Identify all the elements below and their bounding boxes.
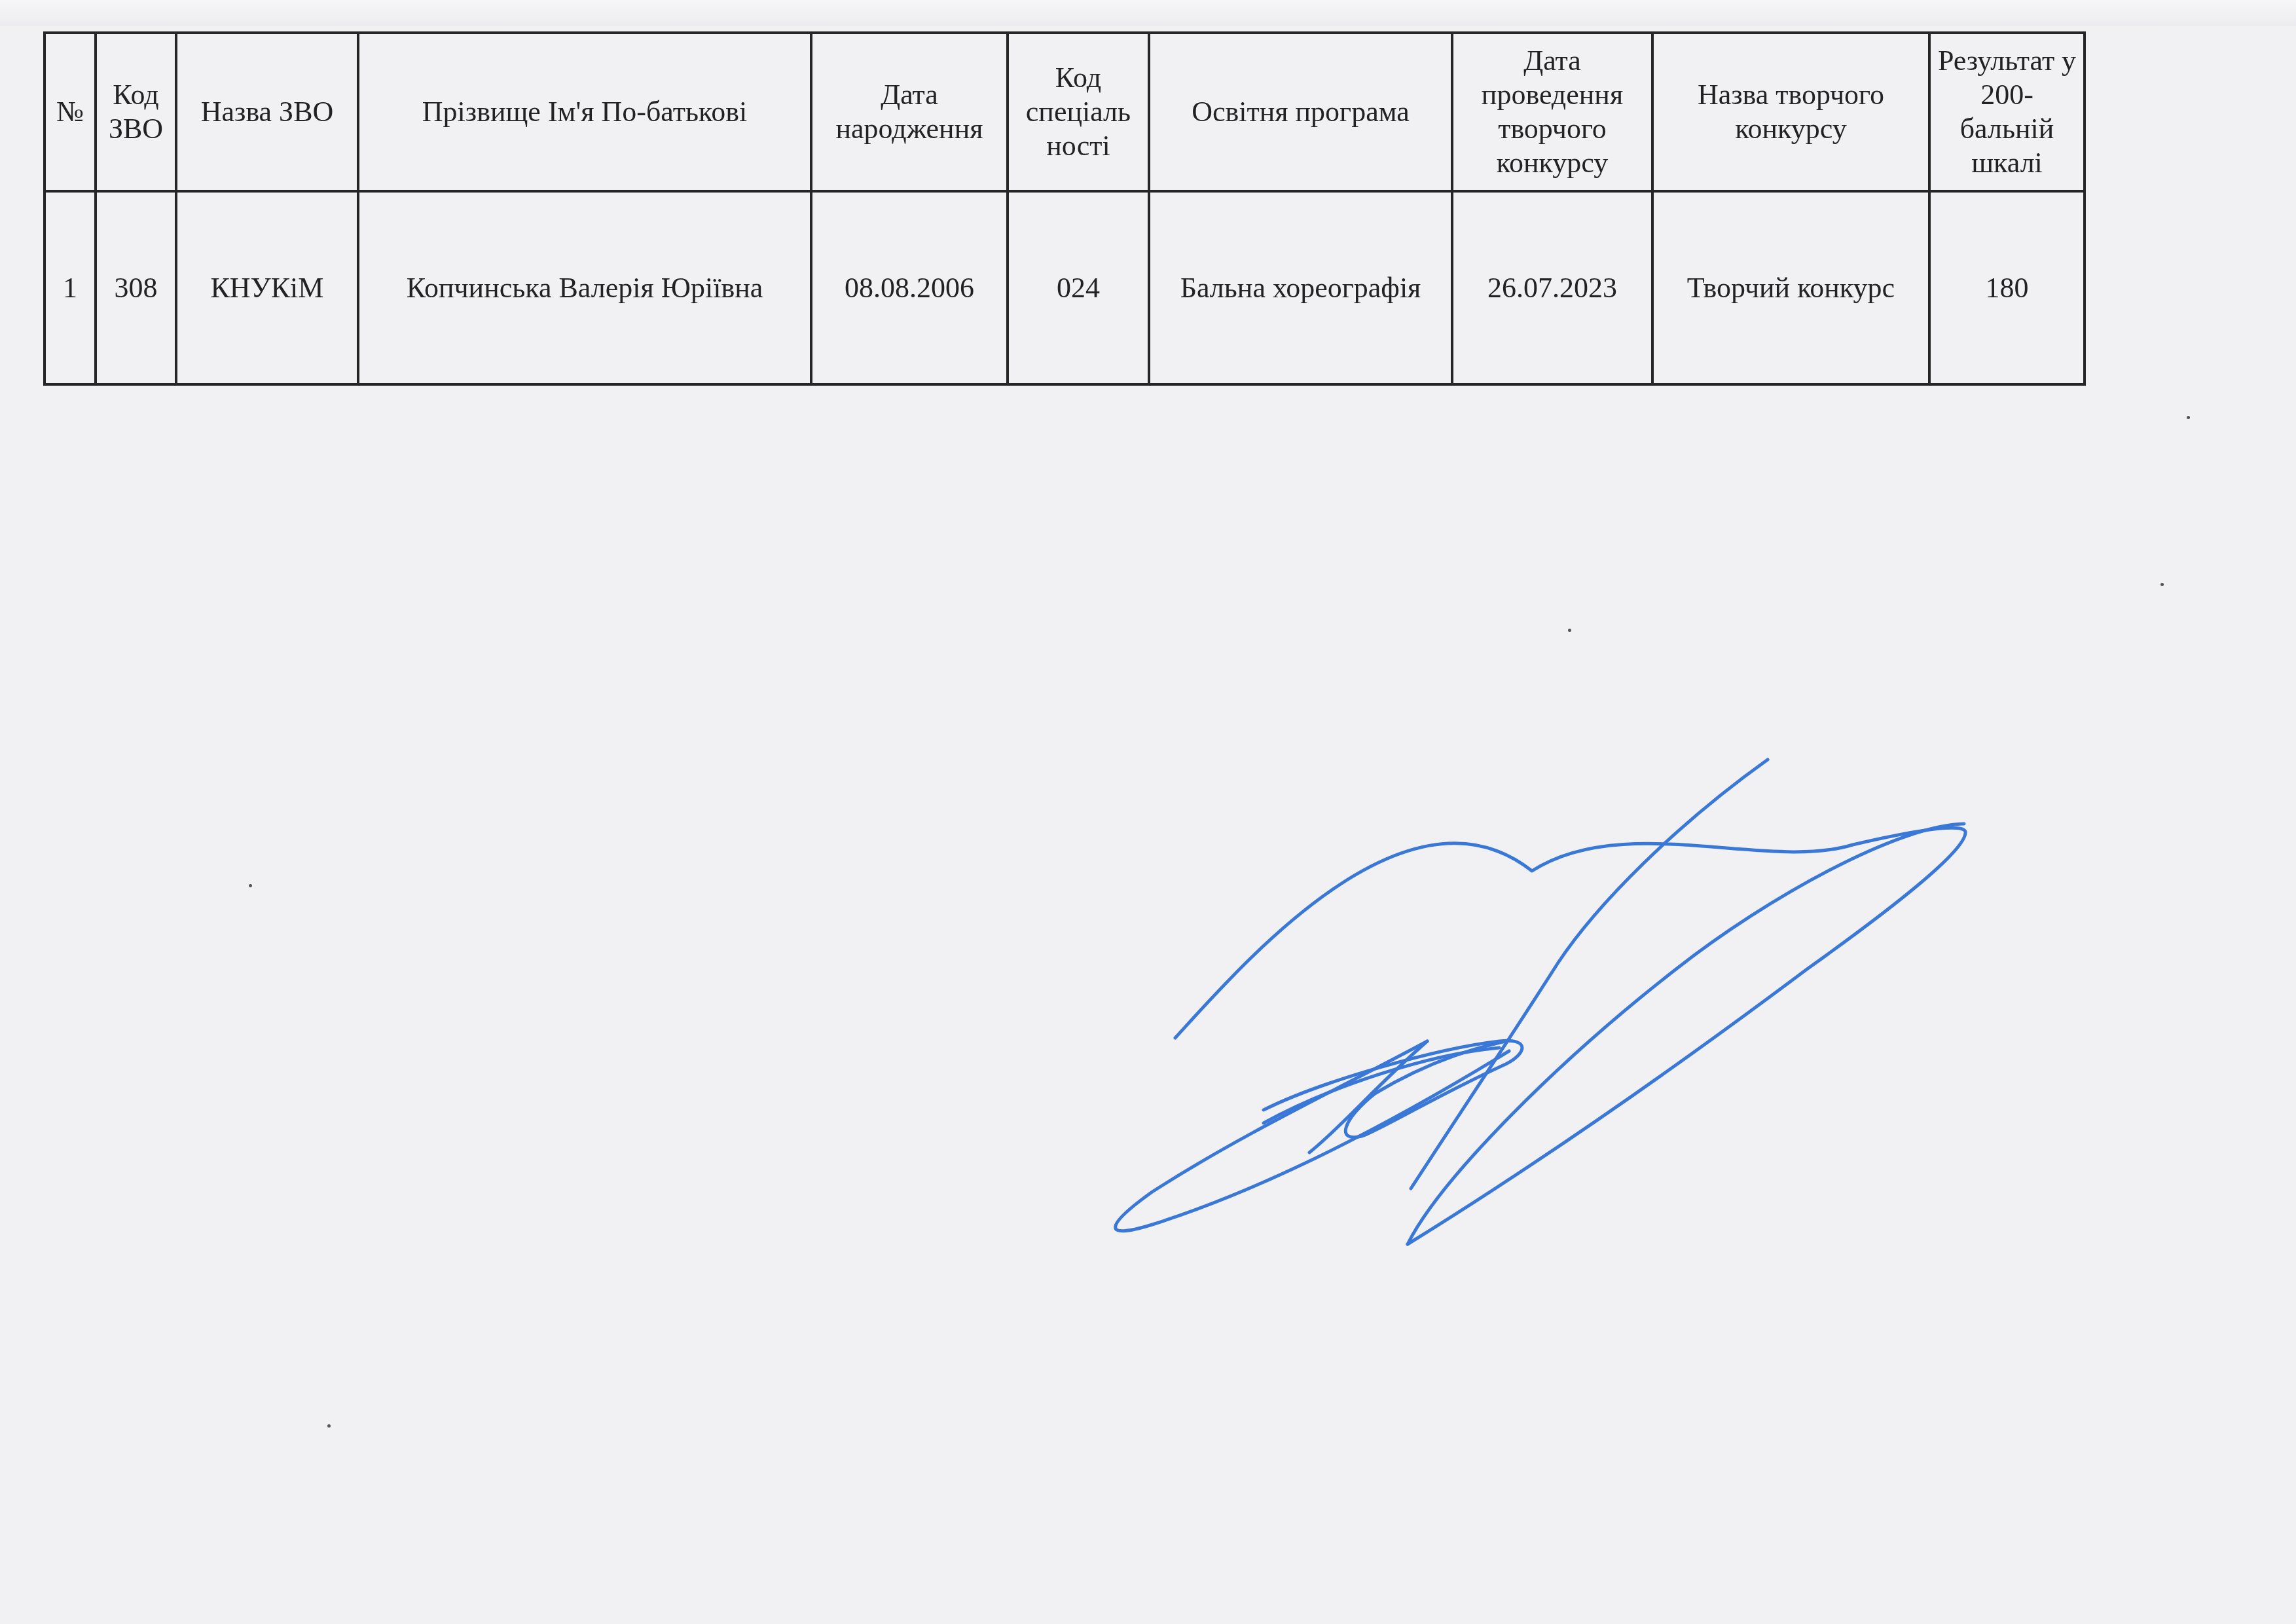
scan-speck xyxy=(2187,416,2190,419)
cell-number: 1 xyxy=(45,191,96,384)
table-row: 1 308 КНУКіМ Копчинська Валерія Юріївна … xyxy=(45,191,2085,384)
header-full-name: Прізвище Ім'я По-батькові xyxy=(358,33,811,191)
header-row: № Код ЗВО Назва ЗВО Прізвище Ім'я По-бат… xyxy=(45,33,2085,191)
scan-speck xyxy=(327,1424,331,1428)
header-education-program: Освітня програма xyxy=(1149,33,1452,191)
header-number: № xyxy=(45,33,96,191)
cell-institution-name: КНУКіМ xyxy=(176,191,358,384)
cell-contest-date: 26.07.2023 xyxy=(1452,191,1652,384)
header-contest-name: Назва творчого конкурсу xyxy=(1652,33,1929,191)
scan-speck xyxy=(249,884,252,887)
header-institution-name: Назва ЗВО xyxy=(176,33,358,191)
cell-full-name: Копчинська Валерія Юріївна xyxy=(358,191,811,384)
scan-speck xyxy=(1568,629,1571,632)
header-contest-date: Дата проведення творчого конкурсу xyxy=(1452,33,1652,191)
cell-contest-name: Творчий конкурс xyxy=(1652,191,1929,384)
cell-institution-code: 308 xyxy=(96,191,176,384)
cell-specialty-code: 024 xyxy=(1008,191,1149,384)
scan-speck xyxy=(2160,583,2164,586)
cell-education-program: Бальна хореографія xyxy=(1149,191,1452,384)
header-institution-code: Код ЗВО xyxy=(96,33,176,191)
results-table: № Код ЗВО Назва ЗВО Прізвище Ім'я По-бат… xyxy=(43,31,2086,386)
header-birth-date: Дата народження xyxy=(811,33,1008,191)
header-specialty-code: Код спеціаль ності xyxy=(1008,33,1149,191)
cell-birth-date: 08.08.2006 xyxy=(811,191,1008,384)
scan-edge xyxy=(0,0,2296,26)
cell-score: 180 xyxy=(1929,191,2085,384)
header-score: Результат у 200-бальній шкалі xyxy=(1929,33,2085,191)
